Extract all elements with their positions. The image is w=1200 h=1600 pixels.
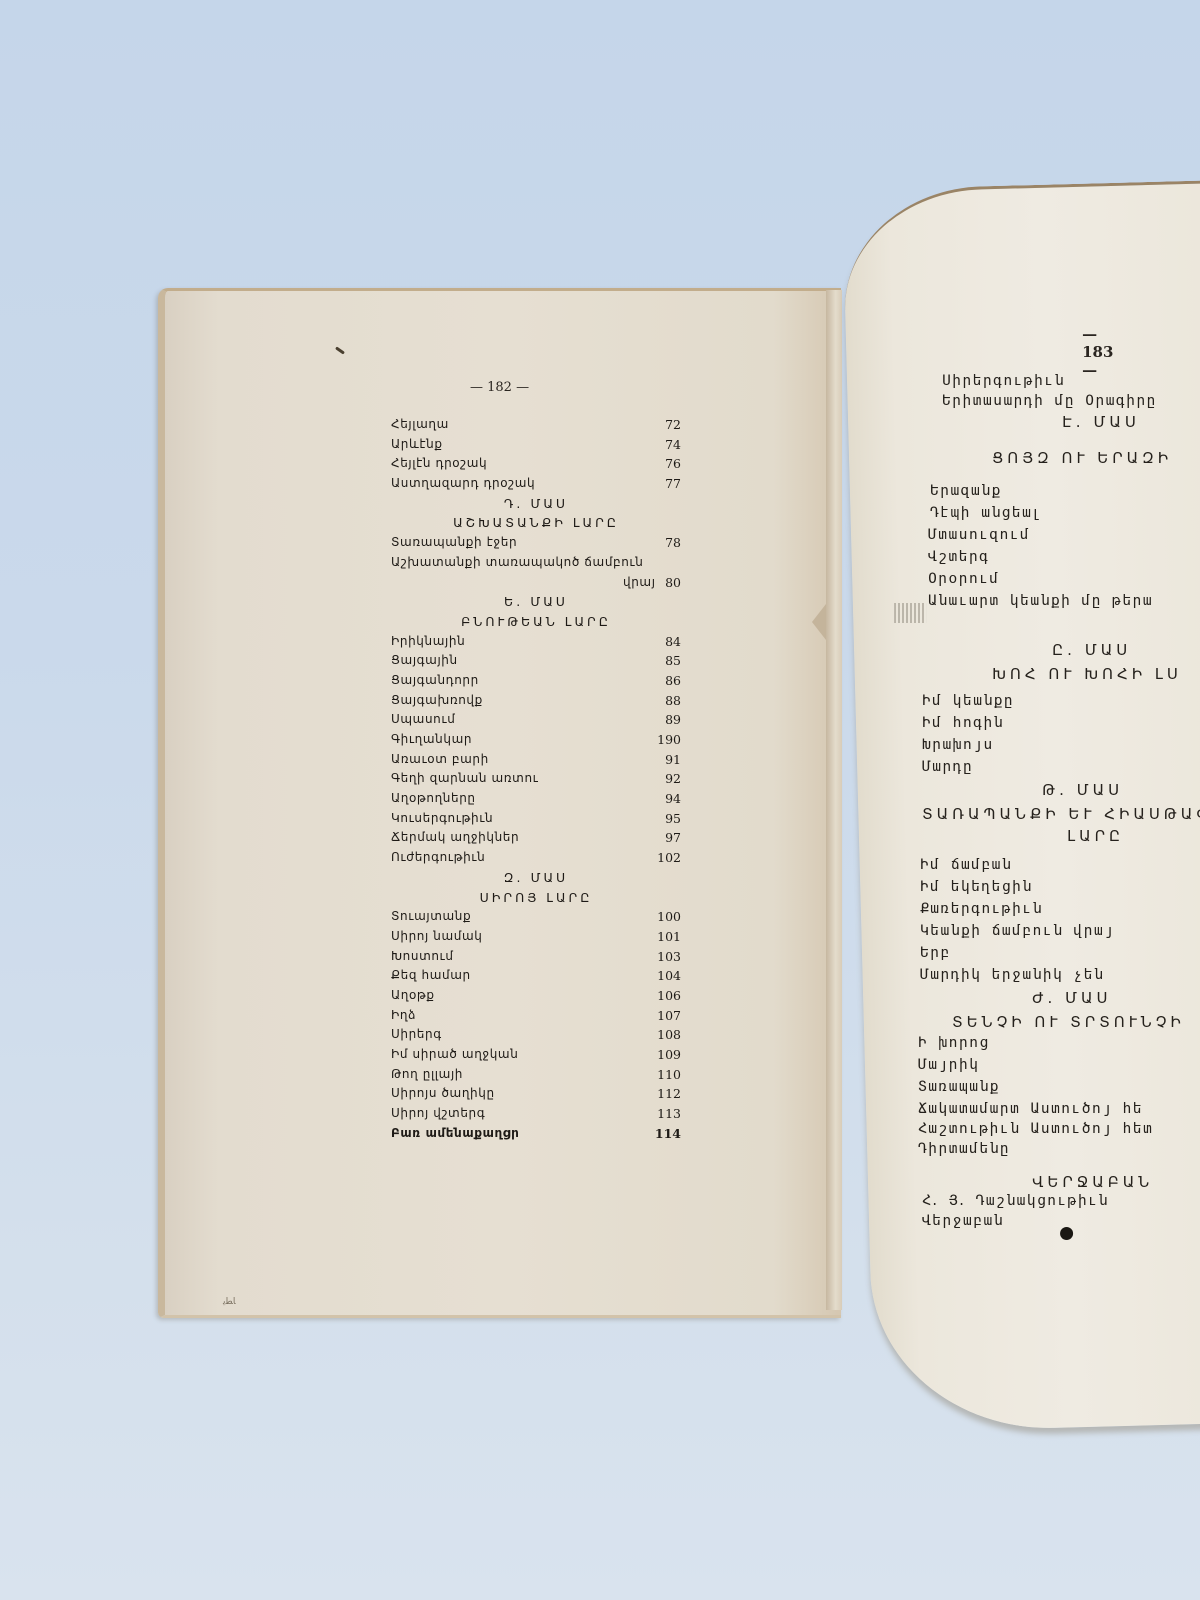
toc-line: Երիտասարդի մը Օրագիրը [942,393,1157,409]
toc-entry: Թող ըլլայի110 [391,1065,681,1085]
toc-page: 85 [665,651,681,671]
toc-line: Մարդիկ երջանիկ չեն [920,967,1104,983]
section-heading: ՍԻՐՈՅ ԼԱՐԸ [391,888,681,908]
toc-line: Տառապանք [918,1079,1000,1095]
toc-entry: Սիրոյ վշտերգ113 [391,1104,681,1124]
section-heading: ՏԵՆՉԻ ՈՒ ՏՐՏՈՒՆՉԻ [952,1013,1185,1031]
toc-entry: Գեղի զարնան առտու92 [391,769,681,789]
toc-page: 102 [657,848,681,868]
toc-title: Խոստում [391,947,454,967]
section-heading: Է․ ՄԱՍ [1062,413,1140,431]
toc-entry: Ցայգային85 [391,651,681,671]
toc-entry-continuation: վրայ80 [391,573,681,593]
toc-line: Վշտերգ [928,549,989,565]
section-heading: ՎԵՐՋԱԲԱՆ [1032,1173,1153,1191]
toc-title: Իղձ [391,1006,416,1026]
toc-entry: Գիւղանկար190 [391,730,681,750]
toc-page: 89 [665,710,681,730]
toc-page: 110 [657,1065,681,1085]
toc-entry: Աղօթք106 [391,986,681,1006]
print-blot [894,603,926,623]
toc-line: Վերջաբան [922,1213,1004,1229]
toc-title: Առաւօտ բարի [391,750,489,770]
toc-page: 91 [665,750,681,770]
toc-entry: Արևէնք74 [391,435,681,455]
toc-title: Ուժերգութիւն [391,848,485,868]
toc-entry: Աղօթողները94 [391,789,681,809]
toc-title: Սիրոյս ծաղիկը [391,1084,495,1104]
toc-title: Ցայգախռովք [391,691,483,711]
toc-title: Աղօթողները [391,789,476,809]
section-heading: Ե․ ՄԱՍ [391,592,681,612]
toc-title: Արևէնք [391,435,443,455]
toc-entry: Տուայտանք100 [391,907,681,927]
toc-line: Երազանք [930,483,1002,499]
toc-title: Աշխատանքի տառապակոծ ճամբուն [391,553,643,573]
book-spine [826,290,842,1310]
toc-line: Անաւարտ կեանքի մը թերա [928,593,1153,609]
toc-line: Խրախոյս [922,737,994,753]
left-page: — 182 — Հեյլաղա72 Արևէնք74 Հեյլէն դրօշակ… [158,288,841,1318]
toc-line: Սիրերգութիւն [942,373,1065,389]
toc-page: 190 [657,730,681,750]
toc-line: Իմ կեանքը [922,693,1014,709]
toc-title: Ցայգային [391,651,458,671]
section-heading: ԼԱՐԸ [1067,827,1124,845]
toc-line: Երբ [920,945,951,961]
toc-title: Սիրերգ [391,1025,442,1045]
section-heading: ՏԱՌԱՊԱՆՔԻ ԵՒ ՀԻԱՍԹԱՓ [922,805,1200,823]
toc-page: 107 [657,1006,681,1026]
toc-line: Հ․ Յ․ Դաշնակցութիւն [922,1193,1109,1209]
toc-entry: Առաւօտ բարի91 [391,750,681,770]
right-page: — 183 — Սիրերգութիւն Երիտասարդի մը Օրագի… [842,180,1200,1433]
toc-entry: Սիրոյ նամակ101 [391,927,681,947]
toc-title: Իրիկնային [391,632,465,652]
section-heading: Զ․ ՄԱՍ [391,868,681,888]
toc-title: Տուայտանք [391,907,471,927]
toc-line: Օրօրում [928,571,1000,587]
toc-entry: Տառապանքի էջեր78 [391,533,681,553]
toc-line: Դիրտամենը [918,1141,1010,1157]
toc-entry: Իրիկնային84 [391,632,681,652]
toc-page: 114 [655,1124,681,1144]
toc-entry: Կուսերգութիւն95 [391,809,681,829]
toc-title: Սիրոյ վշտերգ [391,1104,485,1124]
ink-dot-ornament [1060,1227,1073,1240]
photo-scene: — 182 — Հեյլաղա72 Արևէնք74 Հեյլէն դրօշակ… [0,0,1200,1600]
section-heading: ԽՈՀ ՈՒ ԽՈՀԻ ԼՍ [992,665,1182,683]
toc-page: 100 [657,907,681,927]
toc-page: 109 [657,1045,681,1065]
toc-page: 94 [665,789,681,809]
toc-entry: Իղձ107 [391,1006,681,1026]
toc-title: Քեզ համար [391,966,471,986]
toc-page: 84 [665,632,681,652]
toc-title: Գեղի զարնան առտու [391,769,538,789]
folded-tab [812,604,826,640]
toc-title: Աղօթք [391,986,435,1006]
toc-title: Կուսերգութիւն [391,809,493,829]
ink-smudge [335,346,345,354]
toc-title: Իմ սիրած աղջկան [391,1045,518,1065]
toc-entry: Սիրոյս ծաղիկը112 [391,1084,681,1104]
toc-page: 104 [657,966,681,986]
toc-line: Ճակատամարտ Աստուծոյ հե [918,1101,1143,1117]
toc-line: Քառերգութիւն [920,901,1043,917]
toc-page: 76 [665,454,681,474]
toc-page: 74 [665,435,681,455]
toc-entry: Իմ սիրած աղջկան109 [391,1045,681,1065]
toc-title: Գիւղանկար [391,730,472,750]
toc-title: Սիրոյ նամակ [391,927,482,947]
toc-line: Կեանքի ճամբուն վրայ [920,923,1114,939]
toc-page: 80 [665,573,681,593]
section-heading: ԲՆՈՒԹԵԱՆ ԼԱՐԸ [391,612,681,632]
toc-line: Իմ հոգին [922,715,1004,731]
toc-entry: Աստղազարդ դրօշակ77 [391,474,681,494]
toc-entry: Բառ ամենաքաղցր114 [391,1124,681,1144]
toc-entry: Ճերմակ աղջիկներ97 [391,828,681,848]
toc-title: Հեյլէն դրօշակ [391,454,487,474]
toc-line: Մայրիկ [918,1057,979,1073]
toc-title: Ցայգանդորր [391,671,479,691]
section-heading: ԱՇԽԱՏԱՆՔԻ ԼԱՐԸ [391,513,681,533]
section-heading: Թ․ ՄԱՍ [1042,781,1123,799]
toc-entry: Հեյլէն դրօշակ76 [391,454,681,474]
section-heading: Դ․ ՄԱՍ [391,494,681,514]
toc-title: Սպասում [391,710,455,730]
toc-line: Ի խորոց [918,1035,990,1051]
toc-title: Բառ ամենաքաղցր [391,1124,519,1144]
toc-entry: Սպասում89 [391,710,681,730]
toc-entry: Խոստում103 [391,947,681,967]
toc-line: Իմ եկեղեցին [920,879,1033,895]
toc-title: Թող ըլլայի [391,1065,463,1085]
toc-entry: Քեզ համար104 [391,966,681,986]
toc-page: 106 [657,986,681,1006]
toc-page: 78 [665,533,681,553]
toc-line: Հաշտութիւն Աստուծոյ հետ [918,1121,1153,1137]
toc-page: 103 [657,947,681,967]
toc-entry: Հեյլաղա72 [391,415,681,435]
toc-page: 92 [665,769,681,789]
toc-entry: Աշխատանքի տառապակոծ ճամբուն [391,553,681,573]
toc-page: 97 [665,828,681,848]
section-heading: Ժ․ ՄԱՍ [1032,989,1111,1007]
toc-page: 86 [665,671,681,691]
corner-stamp: ﺎﻄﯾ [223,1297,236,1307]
left-page-number: — 182 — [470,380,529,395]
toc-title: Հեյլաղա [391,415,449,435]
toc-page: 95 [665,809,681,829]
toc-page: 101 [657,927,681,947]
toc-title: Տառապանքի էջեր [391,533,517,553]
toc-page: 88 [665,691,681,711]
toc-line: Մտասուզում [928,527,1030,543]
toc-line: Իմ ճամբան [920,857,1012,873]
section-heading: ՑՈՅԶ ՈՒ ԵՐԱԶԻ [992,449,1172,467]
section-heading: Ը․ ՄԱՍ [1052,641,1131,659]
table-of-contents: Հեյլաղա72 Արևէնք74 Հեյլէն դրօշակ76 Աստղա… [391,415,681,1143]
toc-entry: Ցայգանդորր86 [391,671,681,691]
toc-entry: Ուժերգութիւն102 [391,848,681,868]
toc-entry: Սիրերգ108 [391,1025,681,1045]
toc-page: 72 [665,415,681,435]
right-page-number: — 183 — [1082,325,1113,379]
toc-line: Մարդը [922,759,973,775]
toc-entry: Ցայգախռովք88 [391,691,681,711]
toc-title: Աստղազարդ դրօշակ [391,474,535,494]
toc-title: Ճերմակ աղջիկներ [391,828,519,848]
toc-page: 77 [665,474,681,494]
toc-page: 108 [657,1025,681,1045]
toc-line: Դէպի անցեալ [930,505,1043,521]
toc-page: 113 [657,1104,681,1124]
toc-page: 112 [657,1084,681,1104]
toc-title: վրայ [391,573,656,593]
